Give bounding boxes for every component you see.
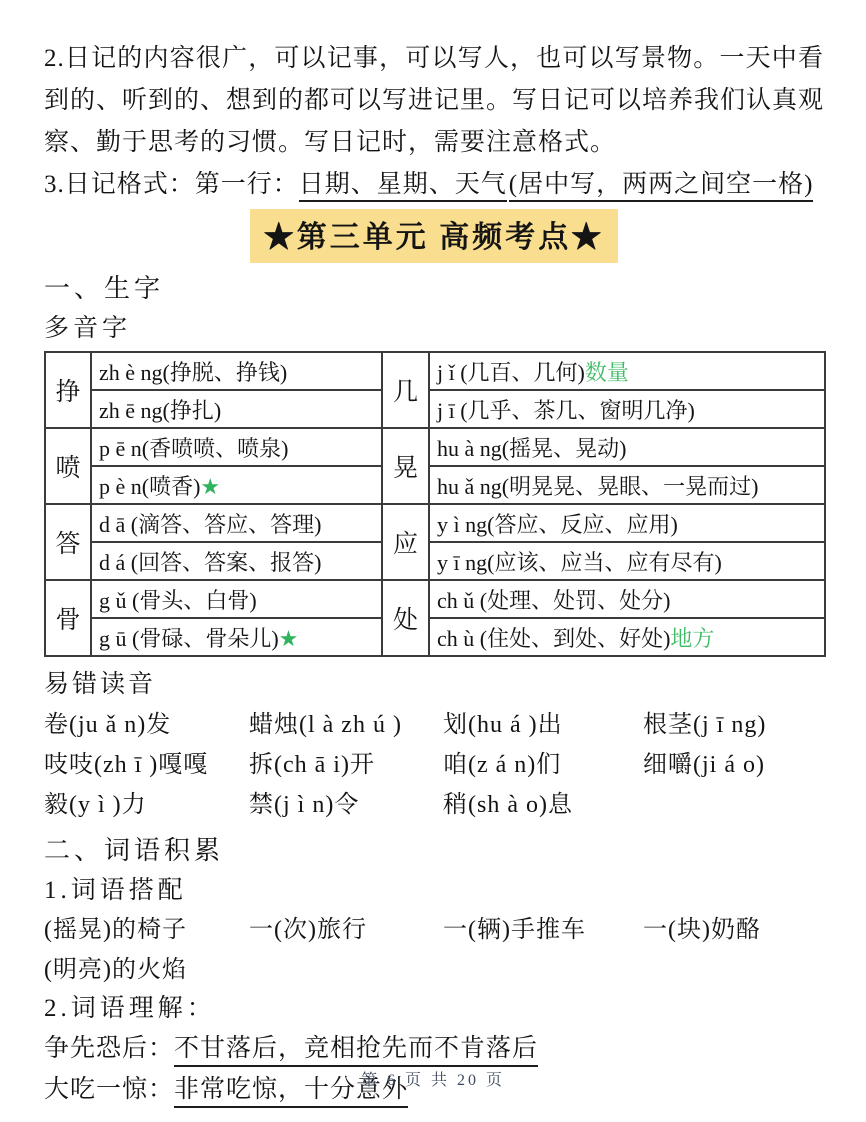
- table-row: zh ē ng(挣扎) j ī (几乎、茶几、窗明几净): [45, 390, 825, 428]
- pinyin-text: zh è ng(挣脱、挣钱): [99, 360, 287, 385]
- pinyin-cell: y ì ng(答应、反应、应用): [429, 504, 825, 542]
- green-note: 数量: [585, 360, 629, 385]
- pinyin-cell: ch ù (住处、到处、好处)地方: [429, 618, 825, 656]
- duoyin-table: 挣 zh è ng(挣脱、挣钱) 几 j ǐ (几百、几何)数量 zh ē ng…: [44, 351, 826, 657]
- page-number-footer: 第 6 页 共 20 页: [0, 1067, 866, 1090]
- pinyin-text: j ǐ (几百、几何): [437, 360, 585, 385]
- pairing-item: 一(块)奶酪: [643, 910, 824, 950]
- pinyin-text: hu ǎ ng(明晃晃、晃眼、一晃而过): [437, 474, 758, 499]
- pinyin-cell: hu à ng(摇晃、晃动): [429, 428, 825, 466]
- diary-format-line: 3.日记格式：第一行：日期、星期、天气(居中写，两两之间空一格): [44, 164, 824, 206]
- diary-format-underlined-2: (居中写，两两之间空一格): [509, 171, 814, 202]
- pinyin-cell: hu ǎ ng(明晃晃、晃眼、一晃而过): [429, 466, 825, 504]
- table-row: 骨 g ǔ (骨头、白骨) 处 ch ǔ (处理、处罚、处分): [45, 580, 825, 618]
- char-cell: 应: [382, 504, 429, 580]
- char-cell: 处: [382, 580, 429, 656]
- yicuo-item: 吱吱(zh ī )嘎嘎: [44, 745, 249, 785]
- char-cell: 几: [382, 352, 429, 428]
- diary-content-paragraph: 2.日记的内容很广，可以记事，可以写人，也可以写景物。一天中看到的、听到的、想到…: [44, 38, 824, 164]
- unit-title-row: ★第三单元 高频考点★: [44, 209, 824, 263]
- yicuo-item: 细嚼(ji á o): [643, 745, 824, 785]
- table-row: p è n(喷香)★ hu ǎ ng(明晃晃、晃眼、一晃而过): [45, 466, 825, 504]
- pinyin-cell: d ā (滴答、答应、答理): [91, 504, 382, 542]
- section1-heading: 一、生字: [44, 268, 824, 310]
- green-note: 地方: [670, 626, 714, 651]
- pinyin-cell: ch ǔ (处理、处罚、处分): [429, 580, 825, 618]
- document-page: 2.日记的内容很广，可以记事，可以写人，也可以写景物。一天中看到的、听到的、想到…: [0, 0, 866, 1122]
- pairing-item: 一(辆)手推车: [443, 910, 643, 950]
- yicuo-item: 稍(sh à o)息: [443, 785, 643, 825]
- table-row: 答 d ā (滴答、答应、答理) 应 y ì ng(答应、反应、应用): [45, 504, 825, 542]
- char-cell: 答: [45, 504, 91, 580]
- yicuo-item: 卷(ju ǎ n)发: [44, 705, 249, 745]
- diary-format-prefix: 3.日记格式：第一行：: [44, 171, 299, 198]
- pairing-item: (摇晃)的椅子: [44, 910, 249, 950]
- pinyin-text: ch ù (住处、到处、好处): [437, 626, 670, 651]
- table-row: g ū (骨碌、骨朵儿)★ ch ù (住处、到处、好处)地方: [45, 618, 825, 656]
- yicuo-item: 毅(y ì )力: [44, 785, 249, 825]
- pinyin-cell: j ī (几乎、茶几、窗明几净): [429, 390, 825, 428]
- table-row: 喷 p ē n(香喷喷、喷泉) 晃 hu à ng(摇晃、晃动): [45, 428, 825, 466]
- pinyin-text: zh ē ng(挣扎): [99, 398, 221, 423]
- pinyin-cell: zh ē ng(挣扎): [91, 390, 382, 428]
- yicuo-item: 根茎(j ī ng): [643, 705, 824, 745]
- char-cell: 喷: [45, 428, 91, 504]
- pinyin-cell: g ǔ (骨头、白骨): [91, 580, 382, 618]
- pinyin-text: g ū (骨碌、骨朵儿): [99, 626, 279, 651]
- pinyin-text: y ì ng(答应、反应、应用): [437, 512, 678, 537]
- yicuo-item: 蜡烛(l à zh ú ): [249, 705, 443, 745]
- pinyin-text: j ī (几乎、茶几、窗明几净): [437, 398, 695, 423]
- pinyin-text: hu à ng(摇晃、晃动): [437, 436, 626, 461]
- yicuo-item: 咱(z á n)们: [443, 745, 643, 785]
- char-cell: 骨: [45, 580, 91, 656]
- yicuo-heading: 易错读音: [44, 665, 824, 705]
- diary-format-underlined-1: 日期、星期、天气: [299, 171, 507, 202]
- pinyin-text: ch ǔ (处理、处罚、处分): [437, 588, 670, 613]
- word-understanding-subheading: 2.词语理解：: [44, 990, 824, 1028]
- definition-line: 争先恐后：不甘落后，竞相抢先而不肯落后: [44, 1028, 824, 1069]
- section2-heading: 二、词语积累: [44, 830, 824, 872]
- word-pairing-grid: (摇晃)的椅子 一(次)旅行 一(辆)手推车 一(块)奶酪: [44, 910, 824, 950]
- pinyin-cell: p ē n(香喷喷、喷泉): [91, 428, 382, 466]
- pinyin-text: p ē n(香喷喷、喷泉): [99, 436, 288, 461]
- unit-title-highlight: ★第三单元 高频考点★: [250, 209, 619, 263]
- star-icon: ★: [200, 474, 220, 499]
- table-row: d á (回答、答案、报答) y ī ng(应该、应当、应有尽有): [45, 542, 825, 580]
- duoyin-subheading: 多音字: [44, 310, 824, 348]
- yicuo-item: 禁(j ì n)令: [249, 785, 443, 825]
- pairing-item: (明亮)的火焰: [44, 950, 824, 990]
- pinyin-text: g ǔ (骨头、白骨): [99, 588, 257, 613]
- char-cell: 晃: [382, 428, 429, 504]
- pinyin-cell: j ǐ (几百、几何)数量: [429, 352, 825, 390]
- pairing-item: 一(次)旅行: [249, 910, 443, 950]
- yicuo-item: 拆(ch ā i)开: [249, 745, 443, 785]
- star-icon: ★: [279, 626, 299, 651]
- pinyin-text: y ī ng(应该、应当、应有尽有): [437, 550, 722, 575]
- yicuo-item: 划(hu á )出: [443, 705, 643, 745]
- definition-text: 不甘落后，竞相抢先而不肯落后: [174, 1035, 538, 1067]
- pinyin-cell: y ī ng(应该、应当、应有尽有): [429, 542, 825, 580]
- pinyin-text: d ā (滴答、答应、答理): [99, 512, 321, 537]
- pinyin-cell: zh è ng(挣脱、挣钱): [91, 352, 382, 390]
- pinyin-cell: d á (回答、答案、报答): [91, 542, 382, 580]
- pinyin-text: d á (回答、答案、报答): [99, 550, 321, 575]
- yicuo-grid: 卷(ju ǎ n)发 蜡烛(l à zh ú ) 划(hu á )出 根茎(j …: [44, 705, 824, 825]
- definition-term: 争先恐后：: [44, 1035, 174, 1062]
- char-cell: 挣: [45, 352, 91, 428]
- pinyin-text: p è n(喷香): [99, 474, 200, 499]
- pinyin-cell: p è n(喷香)★: [91, 466, 382, 504]
- pinyin-cell: g ū (骨碌、骨朵儿)★: [91, 618, 382, 656]
- word-pairing-subheading: 1.词语搭配: [44, 872, 824, 910]
- table-row: 挣 zh è ng(挣脱、挣钱) 几 j ǐ (几百、几何)数量: [45, 352, 825, 390]
